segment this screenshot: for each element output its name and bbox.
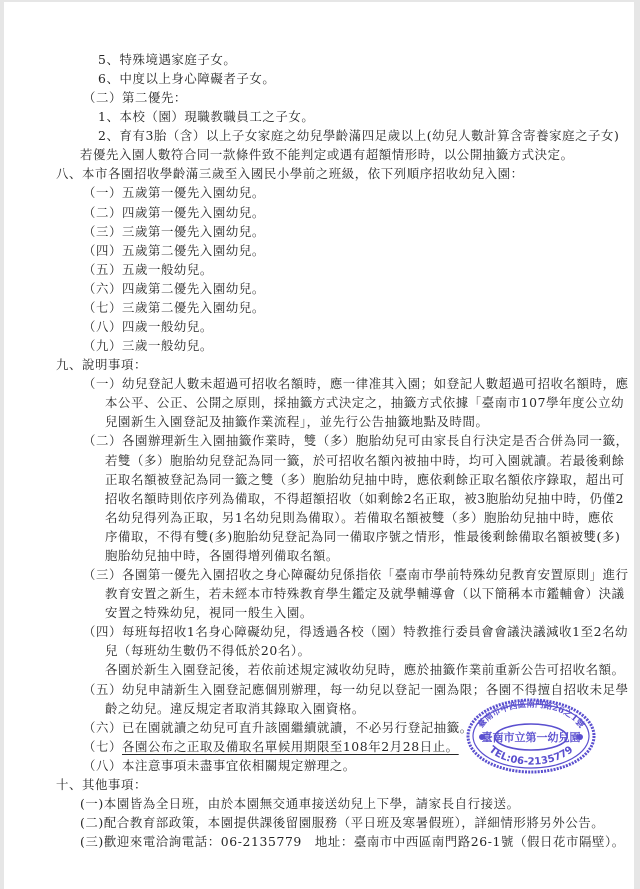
document-line: 本公平、公正、公開之原則，採抽籤方式決定之，抽籤方式依據「臺南市107學年度公立… [105,395,624,411]
document-line: 若優先入園人數符合同一款條件致不能判定或遇有超額情形時，以公開抽籤方式決定。 [80,147,574,163]
document-line: （五）五歲一般幼兒。 [83,262,213,278]
document-line: （五）幼兒申請新生入園登記應個別辦理，每一幼兒以登記一園為限；各園不得擅自招收未… [83,682,629,698]
document-line: 正取名額被登記為同一籤之雙（多）胞胎幼兒抽中時，應依剩餘正取名額依序錄取，超出可 [105,472,625,488]
document-line: 招收名額時則依序列為備取，不得超額招收（如剩餘2名正取，被3胞胎幼兒抽中時，仍僅… [105,491,624,507]
document-line: 5、特殊境遇家庭子女。 [98,52,236,68]
document-line: （四）每班每招收1名身心障礙幼兒，得透過各校（園）特教推行委員會會議決議減收1至… [83,624,628,640]
document-line: 十、其他事項： [56,777,147,793]
stamp-school-name: 臺南市立第一幼兒園 [482,730,581,744]
document-line: 2、育有3胎（含）以上子女家庭之幼兒學齡滿四足歲以上(幼兒人數計算含寄養家庭之子… [98,128,619,144]
document-line: 九、說明事項： [56,357,147,373]
item-seven-line: （七）各園公布之正取及備取名單候用期限至108年2月28日止。 [83,739,459,755]
document-line: （三）三歲第一優先入園幼兒。 [83,224,265,240]
item-seven-prefix: （七） [83,739,122,754]
document-line: （九）三歲一般幼兒。 [83,338,213,354]
document-line: （三）各園第一優先入園招收之身心障礙幼兒係指依「臺南市學前特殊幼兒教育安置原則」… [83,567,629,583]
document-line: 名幼兒得列為正取，另1名幼兒則為備取）。若備取名額被雙（多）胞胎幼兒抽中時，應依 [105,510,614,526]
document-line: （八）本注意事項未盡事宜依相關規定辦理之。 [83,758,356,774]
document-line: 八、本市各園招收學齡滿三歲至入國民小學前之班級，依下列順序招收幼兒入園： [56,166,524,182]
document-line: 1、本校（園）現職教職員工之子女。 [98,109,314,125]
official-seal-stamp: 臺南市中西區南門路26之1號 臺南市立第一幼兒園 TEL:06-2135779 [465,697,597,775]
document-line: 序備取，不得有雙(多)胞胎幼兒登記為同一備取序號之情形，惟最後剩餘備取名額被雙(… [105,529,620,545]
document-line: （四）五歲第二優先入園幼兒。 [83,243,265,259]
document-line: （六）已在園就讀之幼兒可直升該園繼續就讀，不必另行登記抽籤。 [83,720,473,736]
document-line: （一）五歲第一優先入園幼兒。 [83,185,265,201]
document-line: （六）四歲第二優先入園幼兒。 [83,281,265,297]
document-line: （二）第二優先： [83,90,187,106]
svg-text:臺南市中西區南門路26之1號: 臺南市中西區南門路26之1號 [475,699,587,731]
document-line: （七）三歲第二優先入園幼兒。 [83,300,265,316]
document-line: 兒（每班幼生數仍不得低於20名）。 [105,643,311,659]
document-line: 若雙（多）胞胎幼兒登記為同一籤，於可招收名額內被抽中時，均可入園就讀。若最後剩餘 [105,453,625,469]
document-line: （二）四歲第一優先入園幼兒。 [83,205,265,221]
document-line: (一)本園皆為全日班，由於本園無交通車接送幼兒上下學，請家長自行接送。 [80,796,520,812]
document-line: （二）各園辦理新生入園抽籤作業時，雙（多）胞胎幼兒可由家長自行決定是否合併為同一… [83,433,629,449]
stamp-phone-text: TEL:06-2135779 [487,744,576,767]
item-seven-underlined-text: 各園公布之正取及備取名單候用期限至108年2月28日止。 [122,739,459,754]
document-line: 教育安置之新生，若未經本市特殊教育學生鑑定及就學輔導會（以下簡稱本市鑑輔會）決議 [105,586,625,602]
document-line: (三)歡迎來電洽詢電話：06-2135779 地址：臺南市中西區南門路26-1號… [80,834,625,850]
svg-text:TEL:06-2135779: TEL:06-2135779 [487,744,576,767]
stamp-address-text: 臺南市中西區南門路26之1號 [475,699,587,731]
document-line: （八）四歲一般幼兒。 [83,319,213,335]
document-line: 兒園新生入園登記及抽籤作業流程」，並先行公告抽籤地點及時間。 [105,414,489,430]
document-line: (二)配合教育部政策，本園提供課後留園服務（平日班及寒暑假班），詳細情形將另外公… [80,815,604,831]
document-line: 各園於新生入園登記後，若依前述規定減收幼兒時，應於抽籤作業前重新公告可招收名額。 [105,662,625,678]
document-line: 6、中度以上身心障礙者子女。 [98,71,275,87]
document-line: 安置之特殊幼兒，視同一般生入園。 [105,605,313,621]
document-page: 5、特殊境遇家庭子女。6、中度以上身心障礙者子女。（二）第二優先：1、本校（園）… [4,2,634,889]
document-line: 胞胎幼兒抽中時，各園得增列備取名額。 [105,548,339,564]
document-line: 齡之幼兒。違反規定者取消其錄取入園資格。 [105,701,365,717]
document-line: （一）幼兒登記人數未超過可招收名額時，應一律准其入園；如登記人數超過可招收名額時… [83,376,629,392]
